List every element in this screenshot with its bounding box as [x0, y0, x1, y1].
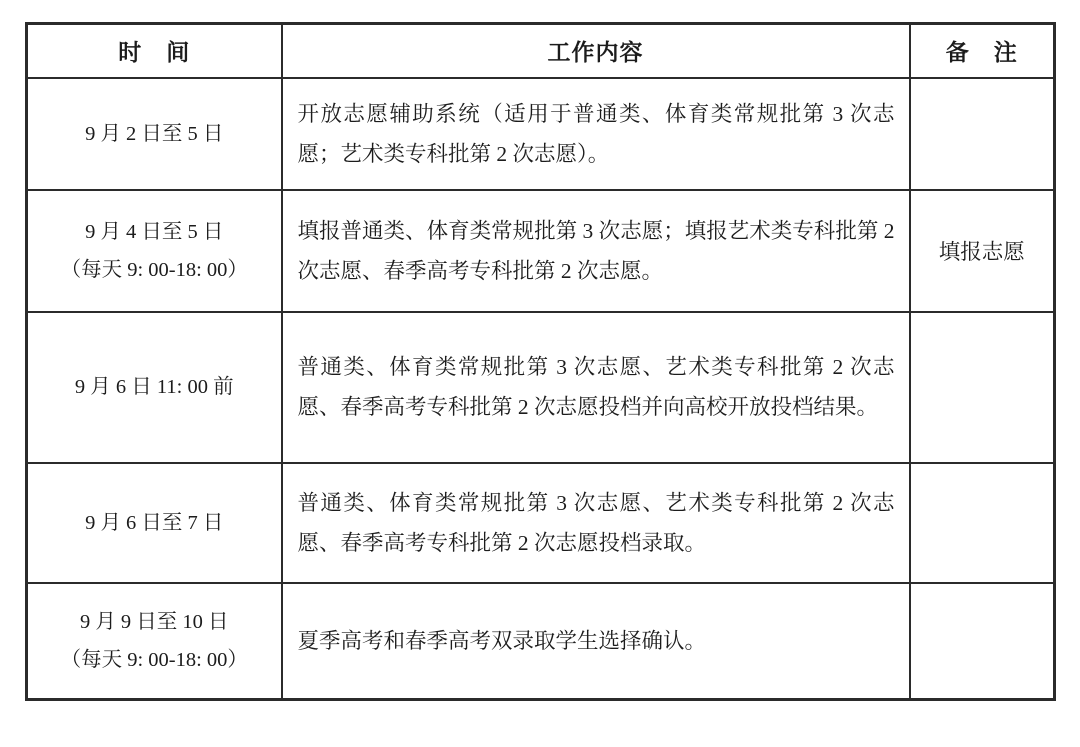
- time-cell: 9 月 2 日至 5 日: [27, 78, 282, 190]
- content-cell: 填报普通类、体育类常规批第 3 次志愿；填报艺术类专科批第 2 次志愿、春季高考…: [282, 190, 910, 312]
- remark-cell: [910, 463, 1055, 583]
- schedule-table: 时 间 工作内容 备 注 9 月 2 日至 5 日 开放志愿辅助系统（适用于普通…: [25, 22, 1056, 701]
- table-row: 9 月 6 日至 7 日 普通类、体育类常规批第 3 次志愿、艺术类专科批第 2…: [27, 463, 1055, 583]
- table-header-row: 时 间 工作内容 备 注: [27, 24, 1055, 78]
- remark-cell: [910, 312, 1055, 463]
- remark-cell: [910, 78, 1055, 190]
- time-cell: 9 月 6 日 11: 00 前: [27, 312, 282, 463]
- content-cell: 开放志愿辅助系统（适用于普通类、体育类常规批第 3 次志愿；艺术类专科批第 2 …: [282, 78, 910, 190]
- time-text: 9 月 6 日 11: 00 前: [31, 368, 278, 406]
- time-text: 9 月 9 日至 10 日: [31, 603, 278, 641]
- time-text: 9 月 2 日至 5 日: [31, 115, 278, 153]
- time-cell: 9 月 9 日至 10 日 （每天 9: 00-18: 00）: [27, 583, 282, 700]
- header-remark: 备 注: [910, 24, 1055, 78]
- table-row: 9 月 2 日至 5 日 开放志愿辅助系统（适用于普通类、体育类常规批第 3 次…: [27, 78, 1055, 190]
- time-text: 9 月 4 日至 5 日: [31, 213, 278, 251]
- header-time: 时 间: [27, 24, 282, 78]
- table-row: 9 月 9 日至 10 日 （每天 9: 00-18: 00） 夏季高考和春季高…: [27, 583, 1055, 700]
- table-row: 9 月 6 日 11: 00 前 普通类、体育类常规批第 3 次志愿、艺术类专科…: [27, 312, 1055, 463]
- content-cell: 普通类、体育类常规批第 3 次志愿、艺术类专科批第 2 次志愿、春季高考专科批第…: [282, 463, 910, 583]
- remark-cell: [910, 583, 1055, 700]
- content-cell: 普通类、体育类常规批第 3 次志愿、艺术类专科批第 2 次志愿、春季高考专科批第…: [282, 312, 910, 463]
- content-cell: 夏季高考和春季高考双录取学生选择确认。: [282, 583, 910, 700]
- time-text: （每天 9: 00-18: 00）: [31, 251, 278, 289]
- time-text: 9 月 6 日至 7 日: [31, 504, 278, 542]
- time-text: （每天 9: 00-18: 00）: [31, 641, 278, 679]
- time-cell: 9 月 4 日至 5 日 （每天 9: 00-18: 00）: [27, 190, 282, 312]
- time-cell: 9 月 6 日至 7 日: [27, 463, 282, 583]
- header-content: 工作内容: [282, 24, 910, 78]
- table-row: 9 月 4 日至 5 日 （每天 9: 00-18: 00） 填报普通类、体育类…: [27, 190, 1055, 312]
- remark-cell: 填报志愿: [910, 190, 1055, 312]
